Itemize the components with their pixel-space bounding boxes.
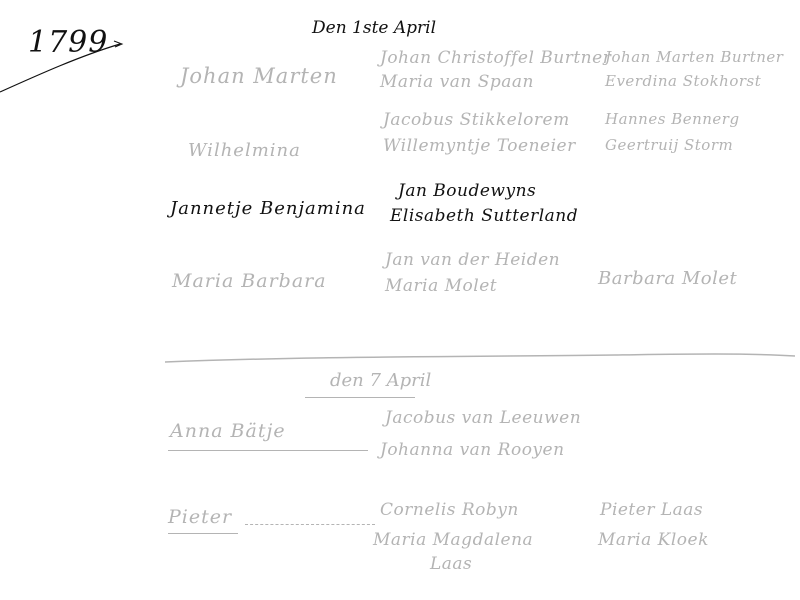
witness-name: Geertruij Storm bbox=[605, 138, 733, 153]
witness-name: Pieter Laas bbox=[600, 502, 703, 519]
child-name: Johan Marten bbox=[180, 66, 338, 87]
witness-name: Hannes Bennerg bbox=[605, 112, 740, 127]
mother-name: Johanna van Rooyen bbox=[380, 442, 565, 459]
witness-name: Maria Kloek bbox=[598, 532, 709, 549]
date-underline bbox=[305, 397, 415, 398]
mother-name: Maria Molet bbox=[385, 278, 497, 295]
year-flourish-arrow-icon bbox=[0, 36, 130, 96]
section-date: den 7 April bbox=[330, 372, 431, 390]
mother-name-continued: Laas bbox=[430, 556, 472, 573]
name-underline bbox=[168, 450, 368, 451]
father-name: Jan Boudewyns bbox=[398, 183, 536, 200]
father-name: Johan Christoffel Burtner bbox=[380, 50, 611, 67]
mother-name: Maria van Spaan bbox=[380, 74, 534, 91]
child-name: Wilhelmina bbox=[188, 142, 301, 160]
father-name: Jacobus Stikkelorem bbox=[383, 112, 570, 129]
mother-name: Willemyntje Toeneier bbox=[383, 138, 576, 155]
child-name: Anna Bätje bbox=[170, 422, 286, 441]
witness-name: Barbara Molet bbox=[598, 270, 737, 288]
witness-name: Everdina Stokhorst bbox=[605, 74, 761, 89]
section-date: Den 1ste April bbox=[312, 20, 436, 37]
child-name: Pieter bbox=[168, 508, 232, 527]
father-name: Jacobus van Leeuwen bbox=[385, 410, 581, 427]
section-divider bbox=[165, 352, 795, 366]
child-name: Jannetje Benjamina bbox=[170, 200, 366, 218]
witness-name: Johan Marten Burtner bbox=[605, 50, 783, 65]
mother-name: Elisabeth Sutterland bbox=[390, 208, 578, 225]
name-underline bbox=[168, 533, 238, 534]
leader-dashes bbox=[245, 524, 375, 525]
child-name: Maria Barbara bbox=[172, 272, 327, 291]
father-name: Cornelis Robyn bbox=[380, 502, 519, 519]
father-name: Jan van der Heiden bbox=[385, 252, 560, 269]
mother-name: Maria Magdalena bbox=[373, 532, 533, 549]
